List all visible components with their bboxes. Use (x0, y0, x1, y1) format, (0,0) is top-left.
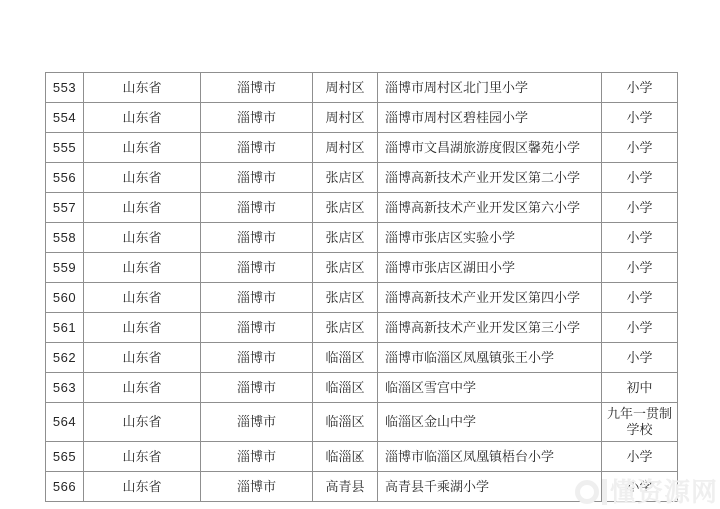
watermark-divider (602, 479, 607, 505)
cell-province: 山东省 (84, 403, 201, 442)
cell-province: 山东省 (84, 103, 201, 133)
cell-city: 淄博市 (201, 223, 313, 253)
cell-serial-number: 566 (46, 472, 84, 502)
cell-school-type: 小学 (602, 253, 678, 283)
cell-serial-number: 563 (46, 373, 84, 403)
table-row: 561 山东省 淄博市 张店区 淄博高新技术产业开发区第三小学 小学 (46, 313, 678, 343)
watermark-text: 懂资源网 (610, 479, 718, 505)
cell-city: 淄博市 (201, 103, 313, 133)
cell-school-name: 淄博市临淄区凤凰镇梧台小学 (378, 442, 602, 472)
cell-school-type: 小学 (602, 133, 678, 163)
cell-school-name: 淄博市周村区碧桂园小学 (378, 103, 602, 133)
table-row: 554 山东省 淄博市 周村区 淄博市周村区碧桂园小学 小学 (46, 103, 678, 133)
cell-school-name: 淄博高新技术产业开发区第四小学 (378, 283, 602, 313)
cell-district: 临淄区 (313, 442, 378, 472)
table-row: 555 山东省 淄博市 周村区 淄博市文昌湖旅游度假区馨苑小学 小学 (46, 133, 678, 163)
table-row: 557 山东省 淄博市 张店区 淄博高新技术产业开发区第六小学 小学 (46, 193, 678, 223)
cell-province: 山东省 (84, 472, 201, 502)
cell-city: 淄博市 (201, 283, 313, 313)
cell-serial-number: 553 (46, 73, 84, 103)
cell-city: 淄博市 (201, 73, 313, 103)
cell-city: 淄博市 (201, 472, 313, 502)
cell-district: 张店区 (313, 223, 378, 253)
cell-city: 淄博市 (201, 133, 313, 163)
cell-serial-number: 558 (46, 223, 84, 253)
cell-school-name: 淄博市周村区北门里小学 (378, 73, 602, 103)
cell-district: 张店区 (313, 163, 378, 193)
table-row: 562 山东省 淄博市 临淄区 淄博市临淄区凤凰镇张王小学 小学 (46, 343, 678, 373)
cell-school-name: 临淄区金山中学 (378, 403, 602, 442)
cell-school-type: 小学 (602, 223, 678, 253)
cell-district: 周村区 (313, 73, 378, 103)
cell-serial-number: 557 (46, 193, 84, 223)
cell-city: 淄博市 (201, 403, 313, 442)
cell-school-name: 淄博高新技术产业开发区第二小学 (378, 163, 602, 193)
cell-province: 山东省 (84, 442, 201, 472)
document-page: 553 山东省 淄博市 周村区 淄博市周村区北门里小学 小学 554 山东省 淄… (0, 0, 720, 509)
cell-school-type: 初中 (602, 373, 678, 403)
cell-serial-number: 562 (46, 343, 84, 373)
cell-province: 山东省 (84, 223, 201, 253)
table-row: 560 山东省 淄博市 张店区 淄博高新技术产业开发区第四小学 小学 (46, 283, 678, 313)
cell-province: 山东省 (84, 163, 201, 193)
cell-school-name: 淄博市张店区实验小学 (378, 223, 602, 253)
cell-serial-number: 555 (46, 133, 84, 163)
cell-province: 山东省 (84, 313, 201, 343)
cell-district: 张店区 (313, 313, 378, 343)
watermark-logo-icon (575, 480, 599, 504)
cell-school-type: 小学 (602, 73, 678, 103)
cell-district: 临淄区 (313, 373, 378, 403)
cell-school-type: 九年一贯制学校 (602, 403, 678, 442)
cell-school-name: 淄博市临淄区凤凰镇张王小学 (378, 343, 602, 373)
cell-district: 周村区 (313, 103, 378, 133)
table-row: 556 山东省 淄博市 张店区 淄博高新技术产业开发区第二小学 小学 (46, 163, 678, 193)
table-row: 559 山东省 淄博市 张店区 淄博市张店区湖田小学 小学 (46, 253, 678, 283)
cell-province: 山东省 (84, 133, 201, 163)
cell-city: 淄博市 (201, 442, 313, 472)
table-row: 564 山东省 淄博市 临淄区 临淄区金山中学 九年一贯制学校 (46, 403, 678, 442)
page-number: 5 (350, 454, 366, 464)
cell-district: 张店区 (313, 193, 378, 223)
cell-district: 张店区 (313, 283, 378, 313)
cell-province: 山东省 (84, 283, 201, 313)
cell-school-type: 小学 (602, 193, 678, 223)
cell-province: 山东省 (84, 343, 201, 373)
cell-school-type: 小学 (602, 163, 678, 193)
cell-city: 淄博市 (201, 253, 313, 283)
watermark: 懂资源网 (575, 479, 718, 505)
cell-school-type: 小学 (602, 442, 678, 472)
cell-province: 山东省 (84, 193, 201, 223)
cell-district: 张店区 (313, 253, 378, 283)
cell-district: 临淄区 (313, 343, 378, 373)
cell-school-type: 小学 (602, 343, 678, 373)
cell-serial-number: 560 (46, 283, 84, 313)
cell-serial-number: 559 (46, 253, 84, 283)
cell-school-name: 临淄区雪宫中学 (378, 373, 602, 403)
cell-city: 淄博市 (201, 343, 313, 373)
cell-city: 淄博市 (201, 193, 313, 223)
cell-school-name: 淄博市张店区湖田小学 (378, 253, 602, 283)
cell-district: 周村区 (313, 133, 378, 163)
cell-city: 淄博市 (201, 313, 313, 343)
table-row: 553 山东省 淄博市 周村区 淄博市周村区北门里小学 小学 (46, 73, 678, 103)
cell-serial-number: 565 (46, 442, 84, 472)
table-row: 563 山东省 淄博市 临淄区 临淄区雪宫中学 初中 (46, 373, 678, 403)
cell-province: 山东省 (84, 73, 201, 103)
cell-province: 山东省 (84, 373, 201, 403)
cell-serial-number: 554 (46, 103, 84, 133)
cell-serial-number: 556 (46, 163, 84, 193)
cell-school-type: 小学 (602, 313, 678, 343)
cell-province: 山东省 (84, 253, 201, 283)
cell-school-name: 淄博高新技术产业开发区第三小学 (378, 313, 602, 343)
school-list-table: 553 山东省 淄博市 周村区 淄博市周村区北门里小学 小学 554 山东省 淄… (45, 72, 678, 502)
cell-serial-number: 564 (46, 403, 84, 442)
cell-district: 临淄区 (313, 403, 378, 442)
cell-school-name: 淄博高新技术产业开发区第六小学 (378, 193, 602, 223)
cell-city: 淄博市 (201, 373, 313, 403)
school-table-body: 553 山东省 淄博市 周村区 淄博市周村区北门里小学 小学 554 山东省 淄… (46, 73, 678, 502)
cell-school-type: 小学 (602, 283, 678, 313)
cell-serial-number: 561 (46, 313, 84, 343)
cell-city: 淄博市 (201, 163, 313, 193)
cell-school-name: 高青县千乘湖小学 (378, 472, 602, 502)
cell-district: 高青县 (313, 472, 378, 502)
table-row: 558 山东省 淄博市 张店区 淄博市张店区实验小学 小学 (46, 223, 678, 253)
cell-school-name: 淄博市文昌湖旅游度假区馨苑小学 (378, 133, 602, 163)
cell-school-type: 小学 (602, 103, 678, 133)
